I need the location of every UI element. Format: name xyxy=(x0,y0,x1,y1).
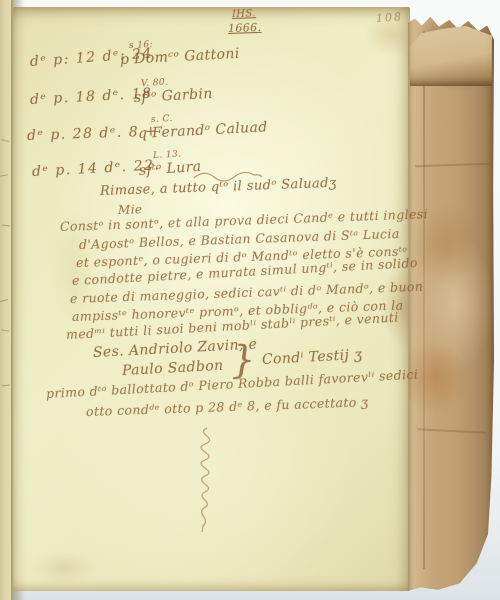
paper-crease xyxy=(417,428,486,434)
folio-number: 108 xyxy=(376,10,404,25)
ihs-monogram: IHS. xyxy=(232,8,256,20)
salutation: Mie xyxy=(118,202,143,217)
manuscript-scan: IHS. 1666. 108 s 16: dᵉ p: 12 dᵉ: 24 p D… xyxy=(0,0,500,600)
torn-corner-flap xyxy=(410,26,492,86)
year-heading: 1666. xyxy=(228,21,262,35)
stacked-page-edges xyxy=(408,14,494,592)
paper-crease xyxy=(415,163,489,168)
stain xyxy=(31,552,97,584)
paper-crease xyxy=(423,31,425,569)
